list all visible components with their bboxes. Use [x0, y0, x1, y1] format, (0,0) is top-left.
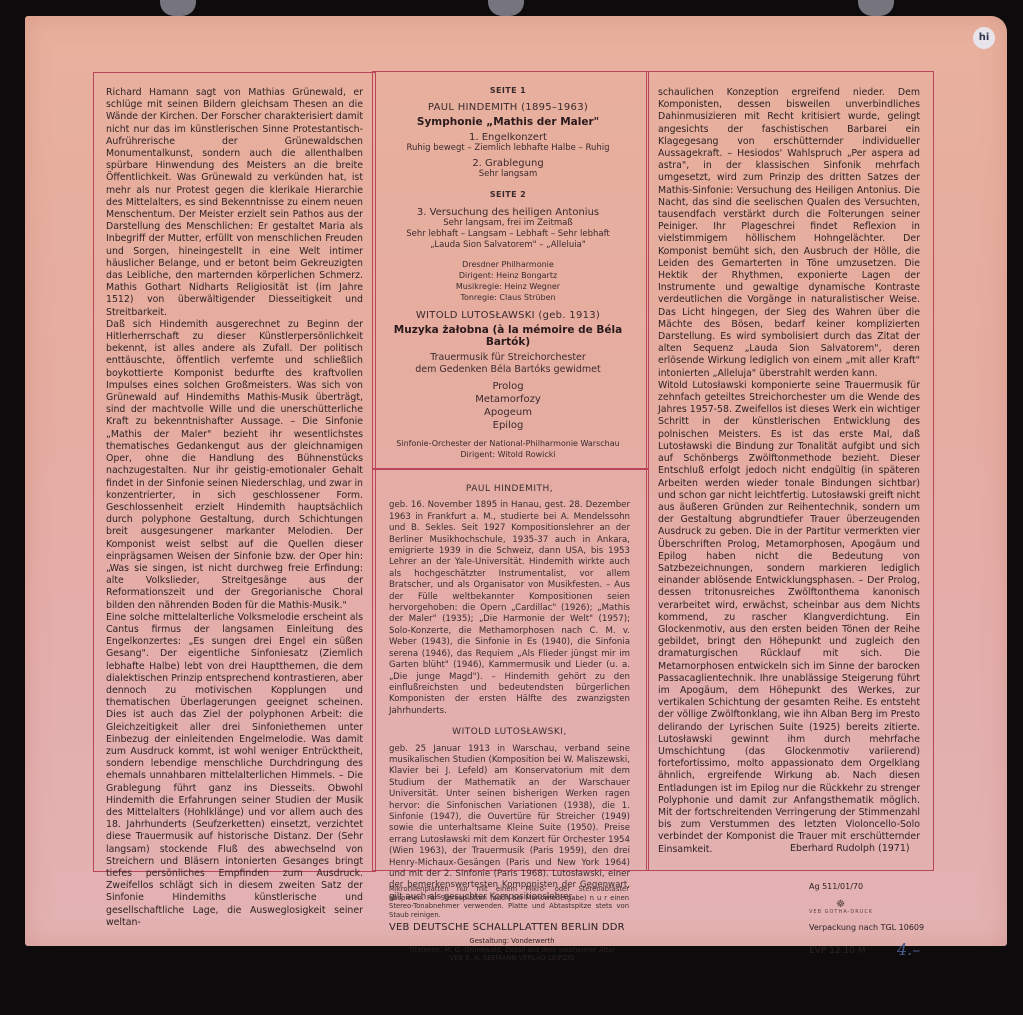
printer-logo: ☸ VEB GOTHA-DRUCK [809, 900, 873, 915]
work-title: Muzyka żałobna (à la mémoire de Béla Bar… [372, 324, 644, 348]
section-title: Metamorfozy [372, 393, 644, 406]
work-subtitle: Trauermusik für Streichorchester [372, 352, 644, 364]
credit-line: Dirigent: Witold Rowicki [372, 449, 644, 460]
credit-line: Musikregie: Heinz Wegner [372, 281, 644, 292]
movement-tempo: Ruhig bewegt – Ziemlich lebhafte Halbe –… [372, 143, 644, 154]
price-sticker: hi [973, 27, 995, 49]
side-1-heading: SEITE 1 [372, 86, 644, 95]
tracklist: SEITE 1 PAUL HINDEMITH (1895–1963) Symph… [372, 76, 644, 460]
packaging-note: Verpackung nach TGL 10609 [809, 923, 924, 932]
printer-name: VEB GOTHA-DRUCK [809, 909, 873, 915]
biographies: PAUL HINDEMITH, geb. 16. November 1895 i… [389, 478, 630, 903]
credit-line: Dirigent: Heinz Bongartz [372, 270, 644, 281]
essay-paragraph: Eine solche mittelalterliche Volksmelodi… [106, 612, 363, 929]
movement-tempo: Sehr langsam [372, 169, 644, 180]
composer-heading: PAUL HINDEMITH (1895–1963) [372, 102, 644, 113]
cover-credit: Titelseite: M. G. Grünewald, Detail aus … [389, 946, 635, 955]
movement-tempo: Sehr langsam, frei im Zeitmaß [372, 218, 644, 229]
movement-title: 3. Versuchung des heiligen Antonius [372, 207, 644, 218]
movement-tempo: Sehr lebhaft – Langsam – Lebhaft – Sehr … [372, 229, 644, 240]
bio-text: geb. 25 Januar 1913 in Warschau, verband… [389, 744, 630, 904]
design-credit: Gestaltung: Vonderwerth [389, 937, 635, 946]
movement-title: 1. Engelkonzert [372, 132, 644, 143]
record-label: VEB DEUTSCHE SCHALLPLATTEN BERLIN DDR [389, 922, 625, 933]
credit-line: Tonregie: Claus Strüben [372, 292, 644, 303]
printer-logo-icon: ☸ [809, 900, 873, 909]
work-subtitle: dem Gedenken Béla Bartóks gewidmet [372, 364, 644, 376]
work-title: Symphonie „Mathis der Maler" [372, 116, 644, 128]
price: EVP 12.10 M [809, 946, 866, 956]
section-title: Prolog [372, 380, 644, 393]
author-credit: Eberhard Rudolph (1971) [790, 843, 910, 854]
credit-line: Dresdner Philharmonie [372, 259, 644, 270]
essay-paragraph: Daß sich Hindemith ausgerechnet zu Begin… [106, 319, 363, 612]
care-note: Mikrorillenplatten nur mit einem Mikro- … [389, 885, 629, 919]
bio-heading: PAUL HINDEMITH, [389, 484, 630, 495]
essay-paragraph: Richard Hamann sagt von Mathias Grünewal… [106, 87, 363, 319]
movement-title: 2. Grablegung [372, 158, 644, 169]
essay-paragraph: schaulichen Konzeption ergreifend nieder… [658, 87, 920, 380]
bio-text: geb. 16. November 1895 in Hanau, gest. 2… [389, 500, 630, 717]
left-column-essay: Richard Hamann sagt von Mathias Grünewal… [106, 87, 363, 929]
performer-credits: Sinfonie-Orchester der National-Philharm… [372, 438, 644, 460]
credit-line: Sinfonie-Orchester der National-Philharm… [372, 438, 644, 449]
section-title: Epilog [372, 419, 644, 432]
right-column-essay: schaulichen Konzeption ergreifend nieder… [658, 87, 920, 856]
catalog-number: Ag 511/01/70 [809, 882, 863, 891]
design-credits: Gestaltung: Vonderwerth Titelseite: M. G… [389, 937, 635, 963]
publisher-credit: VEB E. A. SEEMANN VERLAG LEIPZIG [389, 954, 635, 963]
composer-heading: WITOLD LUTOSŁAWSKI (geb. 1913) [372, 310, 644, 321]
section-title: Apogeum [372, 406, 644, 419]
side-2-heading: SEITE 2 [372, 190, 644, 199]
bio-heading: WITOLD LUTOSŁAWSKI, [389, 727, 630, 738]
movement-tempo: „Lauda Sion Salvatorem" – „Alleluia" [372, 240, 644, 251]
handwritten-price: 4.– [897, 940, 920, 959]
performer-credits: Dresdner Philharmonie Dirigent: Heinz Bo… [372, 259, 644, 303]
essay-paragraph: Witold Lutosławski komponierte seine Tra… [658, 380, 920, 856]
